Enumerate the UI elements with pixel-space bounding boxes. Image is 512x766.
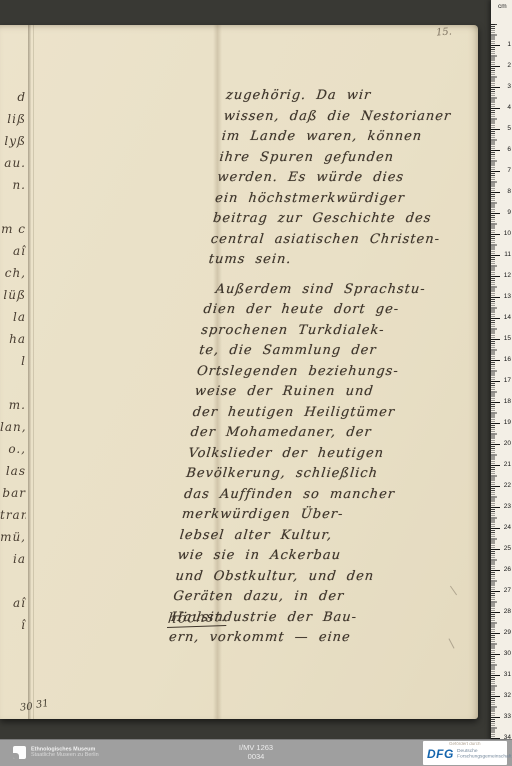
cm-label: 31	[499, 671, 511, 679]
line-ending-fragment: la	[0, 306, 26, 328]
faint-pencil-mark	[448, 638, 454, 648]
cm-label: 15	[499, 335, 511, 343]
hw-line: dien der heute dort ge-	[202, 300, 442, 321]
cm-label: 16	[499, 356, 511, 364]
hw-line: merkwürdigen Über-	[181, 505, 421, 526]
cm-label: 17	[499, 377, 511, 385]
cm-label: 33	[499, 713, 511, 721]
cm-label: 28	[499, 608, 511, 616]
line-ending-fragment: m.	[0, 394, 26, 416]
cm-label: 19	[499, 419, 511, 427]
catchword: höchst.	[167, 609, 228, 628]
hw-line: Bevölkerung, schließlich	[185, 464, 425, 485]
pencil-folio-number: 30	[19, 701, 33, 713]
cm-label: 20	[499, 440, 511, 448]
pencil-folio-number: 31	[35, 698, 49, 711]
line-ending-fragment: m c	[0, 218, 26, 240]
cm-label: 9	[499, 209, 511, 217]
hw-line: wissen, daß die Nestorianer	[223, 107, 463, 128]
line-ending-fragment: lan,	[0, 416, 26, 438]
cm-label: 22	[499, 482, 511, 490]
line-ending-fragment: d	[0, 86, 26, 108]
cm-label: 11	[499, 251, 511, 259]
line-ending-fragment: l	[0, 350, 26, 372]
line-ending-fragment	[0, 372, 26, 394]
hw-line: lebsel alter Kultur,	[179, 526, 419, 547]
hw-line: im Lande waren, können	[221, 127, 461, 148]
funded-by-label: Gefördert durch	[449, 742, 481, 747]
cm-label: 5	[499, 125, 511, 133]
dfg-name-line2: Forschungsgemeinschaft	[457, 754, 511, 759]
cm-label: 4	[499, 104, 511, 112]
cm-label: 23	[499, 503, 511, 511]
line-ending-fragment: tran,	[0, 504, 26, 526]
page-gutter-shadow	[28, 25, 31, 719]
cm-label: 6	[499, 146, 511, 154]
cm-label: 2	[499, 62, 511, 70]
hw-line: Außerdem sind Sprachstu-	[205, 280, 445, 301]
hw-line: tums sein.	[208, 250, 448, 271]
cm-label: 26	[499, 566, 511, 574]
hw-line: das Auffinden so mancher	[183, 485, 423, 506]
hw-line: zugehörig. Da wir	[225, 86, 465, 107]
line-ending-fragment: aî	[0, 240, 26, 262]
hw-line: beitrag zur Geschichte des	[212, 209, 452, 230]
line-ending-fragment: lyß	[0, 130, 26, 152]
hw-line: weise der Ruinen und	[194, 382, 434, 403]
cm-label: 29	[499, 629, 511, 637]
cm-label: 30	[499, 650, 511, 658]
hw-line: ern, vorkommt — eine	[168, 628, 408, 649]
line-ending-fragment: aî	[0, 592, 26, 614]
cm-label: 12	[499, 272, 511, 280]
cm-label: 8	[499, 188, 511, 196]
line-ending-fragment: las	[0, 460, 26, 482]
cm-label: 1	[499, 41, 511, 49]
dfg-name: Deutsche Forschungsgemeinschaft	[457, 749, 511, 759]
manuscript-page: dlißlyßau.n.m caîch,lüßlahalm.lan,o.,las…	[0, 25, 478, 719]
paragraph-gap	[207, 271, 446, 280]
hw-line: ein höchstmerkwürdiger	[214, 189, 454, 210]
left-page-line-endings: dlißlyßau.n.m caîch,lüßlahalm.lan,o.,las…	[0, 86, 26, 636]
hw-line: Ortslegenden beziehungs-	[196, 362, 436, 383]
hw-line: Geräten dazu, in der	[172, 587, 412, 608]
scan-viewport: dlißlyßau.n.m caîch,lüßlahalm.lan,o.,las…	[0, 0, 512, 766]
hw-line: der heutigen Heiligtümer	[192, 403, 432, 424]
cm-label: 10	[499, 230, 511, 238]
cm-label: 18	[499, 398, 511, 406]
hw-line: Volkslieder der heutigen	[187, 444, 427, 465]
line-ending-fragment: lüß	[0, 284, 26, 306]
faint-pencil-mark	[450, 586, 457, 596]
line-ending-fragment: n.	[0, 174, 26, 196]
hw-line: und Obstkultur, und den	[174, 567, 414, 588]
line-ending-fragment: ch,	[0, 262, 26, 284]
line-ending-fragment: au.	[0, 152, 26, 174]
hw-line: wie sie in Ackerbau	[176, 546, 416, 567]
line-ending-fragment	[0, 570, 26, 592]
line-ending-fragment: ha	[0, 328, 26, 350]
cm-label: 13	[499, 293, 511, 301]
page-edge-line	[33, 25, 34, 719]
ruler-unit-label: cm	[498, 3, 507, 10]
hw-line: ihre Spuren gefunden	[218, 148, 458, 169]
hw-line: te, die Sammlung der	[198, 341, 438, 362]
hw-line: werden. Es würde dies	[216, 168, 456, 189]
cm-label: 14	[499, 314, 511, 322]
cm-label: 32	[499, 692, 511, 700]
cm-label: 24	[499, 524, 511, 532]
dfg-panel: Gefördert durch DFG Deutsche Forschungsg…	[423, 741, 507, 765]
hw-line: central asiatischen Christen-	[210, 230, 450, 251]
line-ending-fragment	[0, 196, 26, 218]
cm-label: 7	[499, 167, 511, 175]
cm-label: 3	[499, 83, 511, 91]
hw-line: sprochenen Turkdialek-	[200, 321, 440, 342]
hw-line: der Mohamedaner, der	[189, 423, 429, 444]
line-ending-fragment: bar	[0, 482, 26, 504]
line-ending-fragment: ia	[0, 548, 26, 570]
line-ending-fragment: liß	[0, 108, 26, 130]
dfg-logo: DFG	[427, 747, 454, 761]
line-ending-fragment: mü,	[0, 526, 26, 548]
line-ending-fragment: î	[0, 614, 26, 636]
line-ending-fragment: o.,	[0, 438, 26, 460]
cm-label: 27	[499, 587, 511, 595]
cm-ruler: cm 1234567891011121314151617181920212223…	[491, 0, 512, 740]
cm-label: 21	[499, 461, 511, 469]
cm-label: 25	[499, 545, 511, 553]
page-number: 15.	[436, 26, 453, 38]
footer-bar: Ethnologisches Museum Staatliche Museen …	[0, 739, 512, 766]
